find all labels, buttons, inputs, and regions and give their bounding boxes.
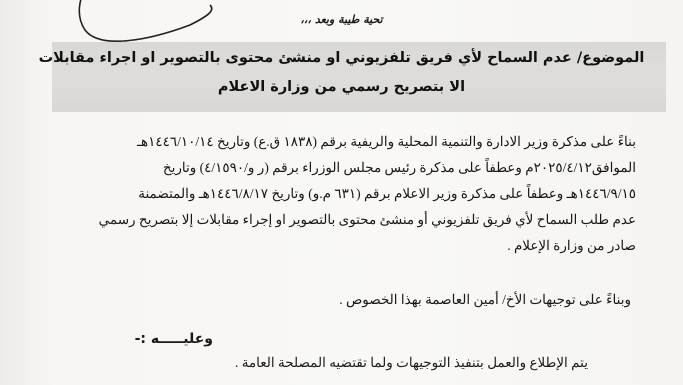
- body-line-2: الموافق٢٠٢٥/٤/١٢م وعطفاً على مذكرة رئيس …: [86, 160, 636, 176]
- body-line-5: صادر من وزارة الإعلام .: [507, 238, 636, 254]
- body-line-4: عدم طلب السماح لأي فريق تلفزيوني أو منشئ…: [86, 212, 636, 228]
- greeting: تحية طيبة وبعد ،،،: [0, 13, 683, 26]
- conclusion-text: يتم الإطلاع والعمل بتنفيذ التوجيهات ولما…: [235, 355, 588, 371]
- subject-line-1: الموضوع/ عدم السماح لأي فريق تلفزيوني او…: [0, 50, 683, 66]
- document-page: تحية طيبة وبعد ،،، الموضوع/ عدم السماح ل…: [0, 0, 683, 385]
- body-line-6: وبناءً على توجيهات الأخ/ أمين العاصمة به…: [339, 292, 631, 308]
- body-line-3: ١٤٤٦/٩/١٥هـ وعطفاً على مذكرة وزير الاعلا…: [86, 186, 636, 202]
- subject-line-2: الا بتصريح رسمي من وزارة الاعلام: [0, 79, 683, 95]
- body-line-1: بناءً على مذكرة وزير الادارة والتنمية ال…: [86, 134, 636, 150]
- conclusion-heading: وعليـــــه :-: [135, 331, 213, 347]
